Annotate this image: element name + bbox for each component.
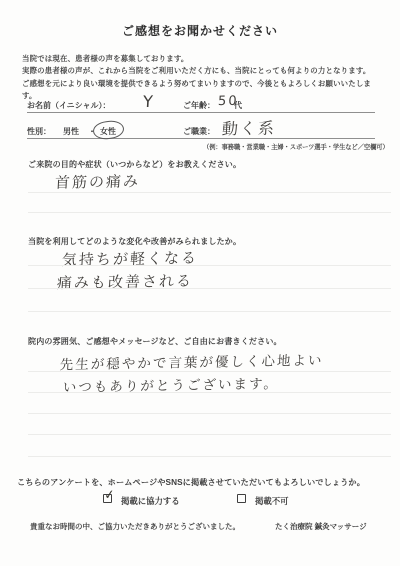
ruled-line <box>28 434 391 435</box>
profile-row-name-age: お名前（イニシャル）： Y ご年齢： 50 代 <box>27 96 375 113</box>
intro-line: 実際の患者様の声が、これから当院をご利用いただく方にも、当院にとっても何よりの力… <box>22 65 384 77</box>
footer-thanks-note: 貴重なお時間の中、ご協力いただきありがとうございました。 <box>30 521 240 532</box>
age-label: ご年齢： <box>183 100 215 111</box>
ruled-line <box>28 456 391 457</box>
ruled-line <box>28 413 391 414</box>
ruled-line <box>28 192 391 193</box>
ruled-line <box>28 265 391 266</box>
ruled-line <box>28 311 391 312</box>
clinic-name: たく治療院 鍼灸マッサージ <box>275 521 367 532</box>
question-1-answer-handwritten: 首筋の痛み <box>54 170 140 192</box>
question-2-answer-handwritten: 気持ちが軽くなる <box>61 247 198 270</box>
question-1-label: ご来院の目的や症状（いつからなど）をお教えください。 <box>28 159 241 170</box>
question-2-label: 当院を利用してどのような変化や改善がみられましたか。 <box>28 236 241 247</box>
name-value-handwritten: Y <box>142 92 155 111</box>
question-3-label: 院内の雰囲気、ご感想やメッセージなど、ご自由にお書きください。 <box>28 336 282 347</box>
question-2-answer-handwritten: 痛みも改善される <box>56 270 193 293</box>
consent-label-decline: 掲載不可 <box>255 495 289 507</box>
ruled-line <box>28 288 391 289</box>
name-label: お名前（イニシャル）： <box>27 100 111 111</box>
consent-label-agree: 掲載に協力する <box>121 495 180 507</box>
intro-line: 当院では現在、患者様の声を募集しております。 <box>22 53 384 65</box>
consent-checkbox-decline <box>237 494 246 503</box>
consent-question: こちらのアンケートを、ホームページやSNSに掲載させていただいてもよろしいでしょ… <box>17 477 365 488</box>
gender-option-male: 男性 <box>63 126 79 137</box>
profile-row-gender-occupation: 性別： 男性 ・ 女性 ご職業： 動く系 <box>27 121 375 139</box>
occupation-value-handwritten: 動く系 <box>221 116 276 140</box>
ruled-line <box>28 371 391 372</box>
ruled-line <box>28 212 391 213</box>
ruled-line <box>28 392 391 393</box>
question-3-answer-handwritten: 先生が穏やかで言葉が優しく心地よい <box>59 349 324 374</box>
age-suffix-label: 代 <box>234 100 242 111</box>
occupation-example-note: （例：事務職・営業職・主婦・スポーツ選手・学生など／空欄可） <box>203 142 389 151</box>
checkmark-icon: ✓ <box>103 487 115 501</box>
gender-option-female: 女性 <box>100 126 116 137</box>
gender-label: 性別： <box>27 126 51 137</box>
occupation-label: ご職業： <box>183 126 215 137</box>
page-title: ご感想をお聞かせください <box>0 22 400 39</box>
feedback-form-scan: ご感想をお聞かせください 当院では現在、患者様の声を募集しております。 実際の患… <box>0 0 400 566</box>
